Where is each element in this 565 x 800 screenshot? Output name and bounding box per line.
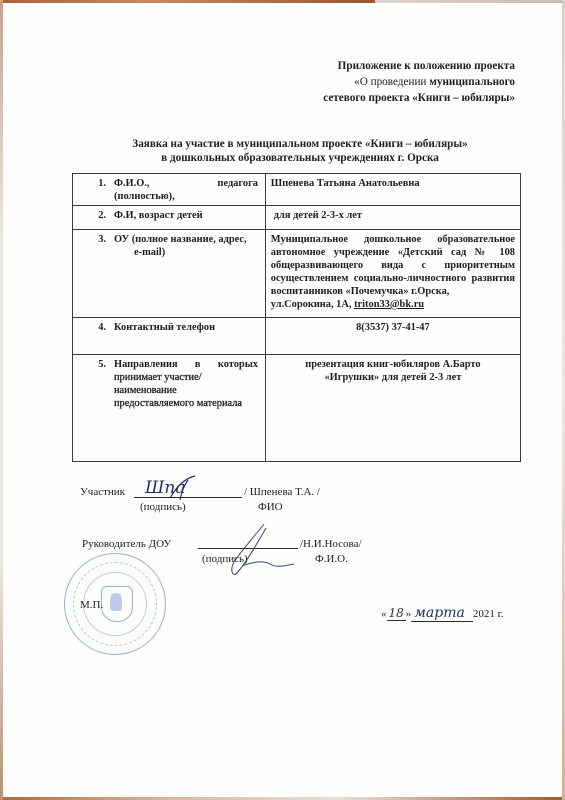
- teacher-full-name: Шпенева Татьяна Анатольевна: [271, 178, 420, 189]
- row-1-label-first: Ф.И.О., педагога: [114, 177, 258, 190]
- participant-signature-caption: (подпись): [140, 501, 186, 514]
- row-number: 4.: [78, 321, 114, 334]
- row-5-label-rest: принимает участие/наименование предостав…: [114, 371, 258, 410]
- row-5-label-cell: 5.Направления в которыхпринимает участие…: [73, 355, 266, 462]
- row-3-label-first: ОУ (полное название, адрес,: [114, 233, 258, 246]
- row-3-label-cell: 3.ОУ (полное название, адрес,e-mail): [73, 230, 266, 318]
- director-signature-caption: (подпись): [202, 553, 248, 566]
- date: «18»марта2021 г.: [381, 607, 504, 621]
- page-edge-left: [0, 0, 3, 800]
- institution-street: ул.Сорокина, 1А,: [271, 299, 354, 310]
- row-number: 1.: [78, 177, 114, 190]
- row-number: 5.: [78, 358, 114, 371]
- row-5-label: Направления в которыхпринимает участие/н…: [114, 358, 258, 410]
- signature-flourish-icon: [168, 474, 198, 504]
- row-1-label-cell: 1.Ф.И.О., педагога(полностью),: [73, 174, 266, 206]
- page-edge-top: [0, 0, 375, 3]
- date-month: марта: [411, 605, 473, 622]
- row-number: 3.: [78, 233, 114, 246]
- institution-address: ул.Сорокина, 1А, triton33@bk.ru: [271, 298, 515, 311]
- director-label: Руководитель ДОУ: [82, 538, 171, 551]
- participant-label: Участник: [80, 486, 125, 499]
- page-edge-top-light: [375, 0, 565, 3]
- application-form-table: 1.Ф.И.О., педагога(полностью), Шпенева Т…: [72, 173, 521, 462]
- document-title-line-1: Заявка на участие в муниципальном проект…: [120, 137, 480, 151]
- appendix-line-1: Приложение к положению проекта: [323, 58, 515, 74]
- children-age: для детей 2-3-х лет: [271, 210, 362, 221]
- contact-phone: 8(3537) 37-41-47: [356, 322, 430, 333]
- date-day: 18: [387, 606, 406, 621]
- institution-email[interactable]: triton33@bk.ru: [354, 299, 424, 310]
- date-open-quote: «: [381, 608, 387, 620]
- stamp-shield-icon: [101, 586, 133, 622]
- row-2-label: Ф.И, возраст детей: [114, 209, 258, 222]
- date-year: 2021 г.: [473, 608, 504, 620]
- row-2-label-cell: 2.Ф.И, возраст детей: [73, 206, 266, 230]
- material-title-line-1: презентация книг-юбиляров А.Барто: [271, 358, 515, 371]
- row-3-label: ОУ (полное название, адрес,e-mail): [114, 233, 258, 259]
- row-4-value-cell: 8(3537) 37-41-47: [265, 318, 520, 355]
- participant-name: / Шпенева Т.А. /: [244, 486, 320, 499]
- director-name: /Н.И.Носова/: [300, 538, 362, 551]
- row-3-label-rest: e-mail): [114, 246, 258, 259]
- institution-name: Муниципальное дошкольное образовательное…: [271, 233, 515, 298]
- appendix-line-3: сетевого проекта «Книги – юбиляры»: [323, 90, 515, 106]
- participant-name-caption: ФИО: [258, 501, 283, 514]
- row-1-value-cell: Шпенева Татьяна Анатольевна: [265, 174, 520, 206]
- stamp-label: М.П.: [80, 599, 103, 612]
- row-4-label-cell: 4.Контактный телефон: [73, 318, 266, 355]
- appendix-line-2-bold: муниципального: [429, 76, 515, 88]
- appendix-line-2-prefix: «О проведении: [354, 76, 429, 88]
- row-2-value-cell: для детей 2-3-х лет: [265, 206, 520, 230]
- row-number: 2.: [78, 209, 114, 222]
- material-title-line-2: «Игрушки» для детей 2-3 лет: [271, 371, 515, 384]
- row-3-value-cell: Муниципальное дошкольное образовательное…: [265, 230, 520, 318]
- table-row: 2.Ф.И, возраст детей для детей 2-3-х лет: [73, 206, 521, 230]
- director-name-caption: Ф.И.О.: [315, 553, 348, 566]
- row-5-label-first: Направления в которых: [114, 358, 258, 371]
- table-row: 3.ОУ (полное название, адрес,e-mail) Мун…: [73, 230, 521, 318]
- table-row: 1.Ф.И.О., педагога(полностью), Шпенева Т…: [73, 174, 521, 206]
- appendix-header: Приложение к положению проекта «О провед…: [323, 58, 515, 106]
- table-row: 4.Контактный телефон 8(3537) 37-41-47: [73, 318, 521, 355]
- row-5-value-cell: презентация книг-юбиляров А.Барто «Игруш…: [265, 355, 520, 462]
- row-1-label: Ф.И.О., педагога(полностью),: [114, 177, 258, 203]
- appendix-line-2: «О проведении муниципального: [323, 74, 515, 90]
- row-1-label-rest: (полностью),: [114, 190, 258, 203]
- institution-full-name: Муниципальное дошкольное образовательное…: [271, 234, 515, 297]
- row-4-label: Контактный телефон: [114, 321, 258, 334]
- table-row: 5.Направления в которыхпринимает участие…: [73, 355, 521, 462]
- director-signature-icon: [222, 522, 302, 582]
- document-title-line-2: в дошкольных образовательных учреждениях…: [120, 151, 480, 165]
- document-title: Заявка на участие в муниципальном проект…: [120, 137, 480, 165]
